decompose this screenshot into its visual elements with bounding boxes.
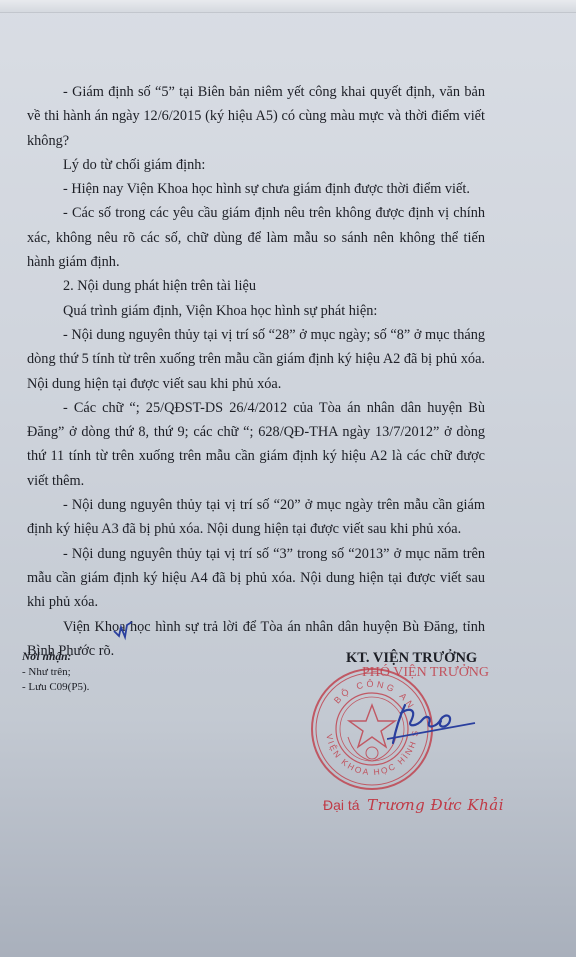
- signer-rank: Đại tá: [323, 797, 360, 813]
- paragraph-finding-a3: - Nội dung nguyên thủy tại vị trí số “20…: [27, 493, 485, 542]
- initial-mark-icon: [112, 619, 134, 641]
- paragraph-finding-a4: - Nội dung nguyên thủy tại vị trí số “3”…: [27, 542, 485, 615]
- recipients-block: Nơi nhận: - Như trên; - Lưu C09(P5).: [22, 650, 89, 695]
- paragraph-question-a5: - Giám định số “5” tại Biên bản niêm yết…: [27, 80, 485, 153]
- paragraph-finding-a2-added: - Các chữ “; 25/QĐST-DS 26/4/2012 của Tò…: [27, 396, 485, 493]
- paper-top-edge: [0, 0, 576, 13]
- paragraph-refusal-reason-2: - Các số trong các yêu cầu giám định nêu…: [27, 201, 485, 274]
- paragraph-findings-intro: Quá trình giám định, Viện Khoa học hình …: [27, 299, 485, 323]
- section-heading-findings: 2. Nội dung phát hiện trên tài liệu: [27, 274, 485, 298]
- recipient-item: - Lưu C09(P5).: [22, 680, 89, 695]
- handwritten-signature-icon: [387, 693, 477, 748]
- paragraph-refusal-reason-1: - Hiện nay Viện Khoa học hình sự chưa gi…: [27, 177, 485, 201]
- signer-name: Trương Đức Khải: [367, 796, 504, 814]
- paragraph-finding-a2-erased: - Nội dung nguyên thủy tại vị trí số “28…: [27, 323, 485, 396]
- recipient-item: - Như trên;: [22, 665, 89, 680]
- recipients-title: Nơi nhận:: [22, 650, 89, 665]
- document-body: - Giám định số “5” tại Biên bản niêm yết…: [27, 80, 485, 663]
- paragraph-refusal-heading: Lý do từ chối giám định:: [27, 153, 485, 177]
- signer-block: Đại tá Trương Đức Khải: [323, 796, 504, 815]
